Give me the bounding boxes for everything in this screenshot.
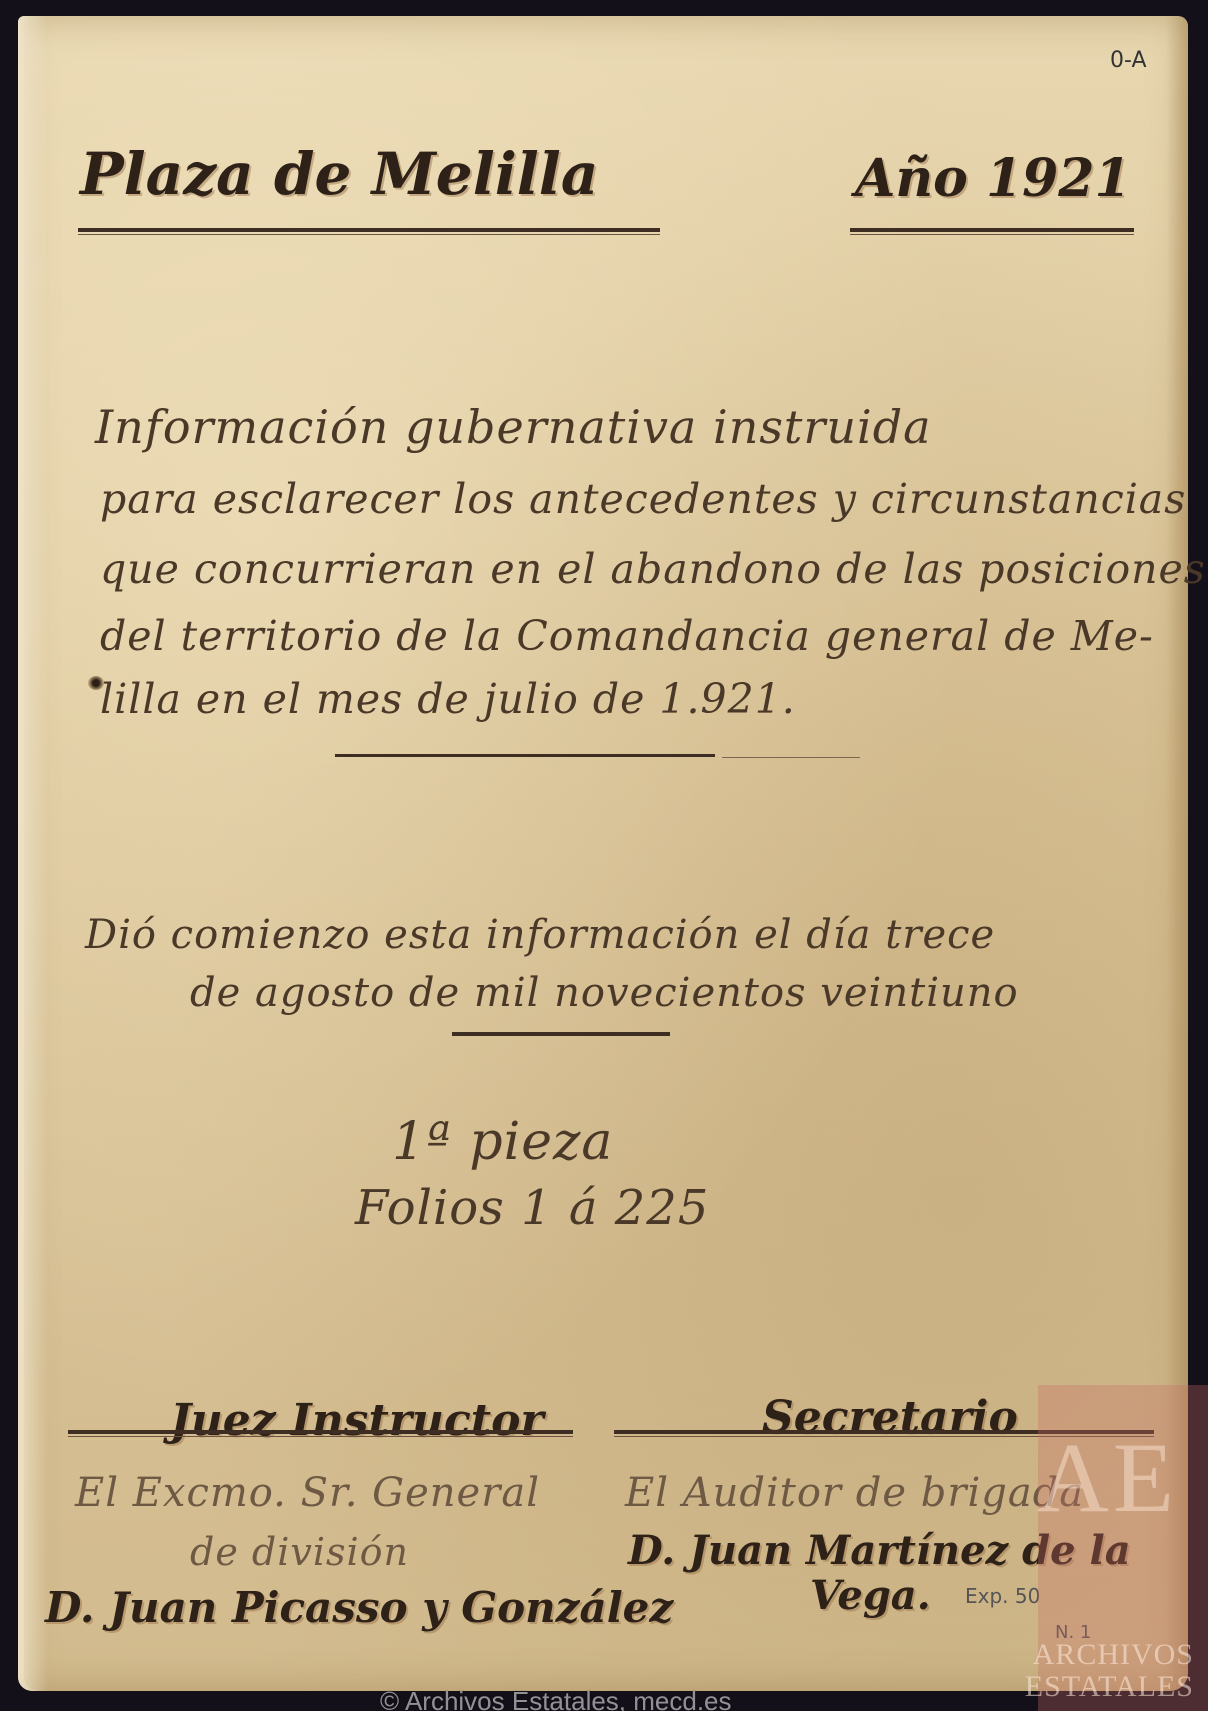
pencil-note-exp: Exp. 50 bbox=[965, 1584, 1040, 1608]
divider-1 bbox=[335, 754, 715, 757]
judge-rank-2: de división bbox=[190, 1530, 409, 1574]
divider-1-tail bbox=[722, 757, 860, 758]
title-line-2: para esclarecer los antecedentes y circu… bbox=[100, 475, 1186, 523]
judge-heading: Juez Instructor bbox=[170, 1395, 544, 1446]
divider-2 bbox=[452, 1032, 670, 1036]
secretary-name-2: Vega. bbox=[810, 1572, 931, 1619]
folios-label: Folios 1 á 225 bbox=[355, 1180, 709, 1236]
header-place-underline bbox=[78, 228, 660, 235]
archive-reference: 0-A bbox=[1110, 48, 1147, 73]
title-line-3: que concurrieran en el abandono de las p… bbox=[100, 545, 1206, 593]
secretary-rank-1: El Auditor de brigada bbox=[625, 1470, 1084, 1516]
piece-label: 1ª pieza bbox=[392, 1112, 613, 1172]
judge-underline bbox=[68, 1430, 573, 1437]
start-line-1: Dió comienzo esta información el día tre… bbox=[85, 912, 995, 958]
watermark-line-1: ARCHIVOS bbox=[1033, 1638, 1194, 1672]
archive-logo-icon: AE bbox=[1037, 1420, 1178, 1535]
title-line-5: lilla en el mes de julio de 1.921. bbox=[100, 675, 796, 723]
start-line-2: de agosto de mil novecientos veintiuno bbox=[190, 970, 1019, 1016]
watermark-line-2: ESTATALES bbox=[1025, 1670, 1194, 1704]
title-line-4: del territorio de la Comandancia general… bbox=[100, 612, 1154, 660]
judge-name: D. Juan Picasso y González bbox=[45, 1583, 673, 1632]
header-place: Plaza de Melilla bbox=[80, 140, 598, 208]
copyright-notice: © Archivos Estatales, mecd.es bbox=[380, 1686, 732, 1711]
header-year: Año 1921 bbox=[855, 148, 1131, 209]
judge-rank-1: El Excmo. Sr. General bbox=[75, 1470, 540, 1516]
header-year-underline bbox=[850, 228, 1134, 235]
title-line-1: Información gubernativa instruida bbox=[95, 400, 932, 454]
